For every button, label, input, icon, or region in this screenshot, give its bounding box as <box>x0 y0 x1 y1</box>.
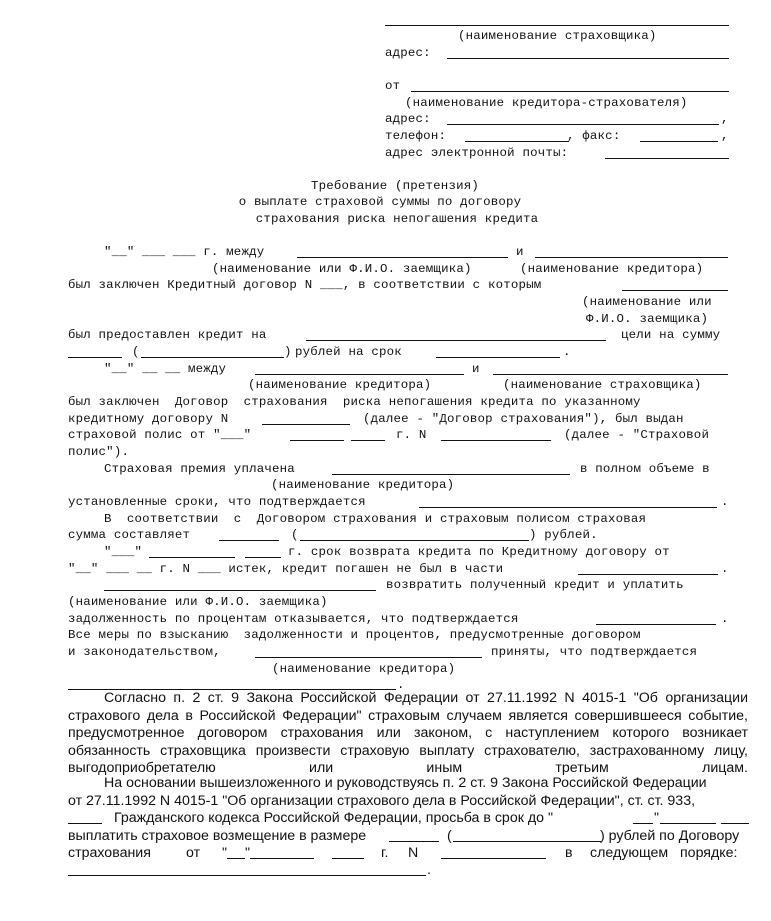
from-label: от <box>385 78 400 94</box>
creditor-field[interactable] <box>535 257 728 258</box>
fax-field[interactable] <box>640 141 718 142</box>
title-line-1: Требование (претензия) <box>0 178 771 194</box>
phone-label: телефон: <box>385 128 446 144</box>
contract-year-field[interactable] <box>332 858 364 859</box>
p4-sum: сумма составляет <box>68 527 190 543</box>
p6-line1: Все меры по взысканию задолженности и пр… <box>68 627 641 643</box>
creditor-address-label: адрес: <box>385 111 431 127</box>
creditor-field-3[interactable] <box>332 474 570 475</box>
refusal-proof-field[interactable] <box>596 624 716 625</box>
caption-creditor2: (наименование кредитора) <box>248 377 431 393</box>
p5-line3: возвратить полученный кредит и уплатить <box>386 577 684 593</box>
paren-open: ( <box>132 344 140 360</box>
creditor-insured-caption: (наименование кредитора-страхователя) <box>405 95 688 111</box>
p5-line1b: г. срок возврата кредита по Кредитному д… <box>288 544 670 560</box>
insurer-name-field[interactable] <box>385 25 729 26</box>
premium-proof-field[interactable] <box>419 507 717 508</box>
title-line-3: страхования риска непогашения кредита <box>0 211 771 227</box>
comma: , <box>721 111 729 127</box>
legal-p2-line1-text: На основании вышеизложенного и руководст… <box>104 775 707 791</box>
p2-line2a: кредитному договору N <box>68 411 228 427</box>
p1-credit-granted: был предоставлен кредит на <box>68 327 267 343</box>
p2-line3b: г. N <box>396 427 427 443</box>
borrower-field-2[interactable] <box>622 290 728 291</box>
caption-creditor: (наименование кредитора) <box>520 261 703 277</box>
insurance-contract-number-field[interactable] <box>262 424 350 425</box>
p2-line3a: страховой полис от "___" <box>68 427 251 443</box>
payment-order-field[interactable] <box>68 875 426 876</box>
caption-insurer2: (наименование страховщика) <box>503 377 702 393</box>
legal-p2-line5f: следующем <box>590 845 668 861</box>
fax-label: , факс: <box>567 128 620 144</box>
legal-p2-line4a: выплатить страховое возмещение в размере <box>68 828 366 844</box>
p1-and: и <box>516 244 524 260</box>
sum-words-field[interactable] <box>141 357 284 358</box>
legal-p2-line5g: порядке: <box>680 845 737 861</box>
purpose-field[interactable] <box>306 340 606 341</box>
paren-close: ) <box>284 344 292 360</box>
p1-rubles-term: рублей на срок <box>295 344 402 360</box>
caption-borrower-wrap1: (наименование или <box>582 294 712 310</box>
legal-p2-line5c: г. <box>381 845 388 861</box>
p4-rubles: ) рублей. <box>529 527 598 543</box>
borrower-field[interactable] <box>297 257 508 258</box>
caption-creditor5: (наименование кредитора) <box>272 661 455 677</box>
insured-sum-field[interactable] <box>219 540 279 541</box>
title-line-2: о выплате страховой суммы по договору <box>0 194 760 210</box>
insurer-field-2[interactable] <box>493 374 728 375</box>
payout-sum-words-field[interactable] <box>453 841 601 842</box>
p3-confirmed: установленные сроки, что подтверждается <box>68 494 366 510</box>
insurer-address-field[interactable] <box>447 58 729 59</box>
p6-line2a: и законодательством, <box>68 644 221 660</box>
creditor-name-field[interactable] <box>411 91 729 92</box>
due-month-field[interactable] <box>149 557 235 558</box>
email-field[interactable] <box>605 158 729 159</box>
unpaid-part-field[interactable] <box>578 574 718 575</box>
term-field[interactable] <box>436 357 560 358</box>
payout-sum-field[interactable] <box>389 841 439 842</box>
contract-day-field[interactable] <box>227 858 245 859</box>
deadline-month-field[interactable] <box>660 823 716 824</box>
creditor-address-field[interactable] <box>447 124 719 125</box>
legal-paragraph-1: Согласно п. 2 ст. 9 Закона Российской Фе… <box>68 690 748 778</box>
quote: " <box>654 810 659 826</box>
p2-line1: был заключен Договор страхования риска н… <box>68 394 641 410</box>
quote-date: "___" <box>104 544 142 560</box>
policy-year-field[interactable] <box>351 440 385 441</box>
paren-open: ( <box>291 527 299 543</box>
period: . <box>563 344 571 360</box>
p2-line2b: (далее - "Договор страхования"), был выд… <box>363 411 684 427</box>
p6-line2b: приняты, что подтверждается <box>491 644 697 660</box>
p1-date-between: "__" ___ ___ г. между <box>104 244 264 260</box>
policy-number-field[interactable] <box>441 440 551 441</box>
due-year-field[interactable] <box>245 557 281 558</box>
p1-concluded: был заключен Кредитный договор N ___, в … <box>68 277 541 293</box>
phone-field[interactable] <box>465 141 569 142</box>
insured-sum-words-field[interactable] <box>300 540 529 541</box>
p2-line3c: (далее - "Страховой <box>564 427 709 443</box>
insurer-address-label: адрес: <box>385 45 431 61</box>
email-label: адрес электронной почты: <box>385 145 568 161</box>
legal-p2-line4b-text: рублей по Договору <box>609 828 740 844</box>
caption-borrower4: (наименование или Ф.И.О. заемщика) <box>68 594 328 610</box>
caption-borrower: (наименование или Ф.И.О. заемщика) <box>212 261 472 277</box>
period: . <box>721 494 729 510</box>
legal-p2-line5a: страхования <box>68 845 151 861</box>
deadline-day-field[interactable] <box>633 823 653 824</box>
sum-field[interactable] <box>68 357 122 358</box>
p3-full: в полном объеме в <box>580 461 710 477</box>
legal-p2-line2: от 27.11.1992 N 4015-1 "Об организации с… <box>68 793 695 809</box>
period: . <box>721 561 729 577</box>
contract-month-field[interactable] <box>250 858 314 859</box>
legal-p2-line4b: ) рублей по Договору <box>600 828 739 844</box>
p2-and: и <box>472 361 480 377</box>
insurer-caption: (наименование страховщика) <box>458 28 657 44</box>
period: . <box>427 862 431 878</box>
p2-date-between: "__" __ __ между <box>104 361 226 377</box>
gk-article-field[interactable] <box>68 823 102 824</box>
legal-p2-line5b: от <box>186 845 200 861</box>
creditor-field-5[interactable] <box>255 657 482 658</box>
comma: , <box>721 128 729 144</box>
legal-paragraph-1-text: Согласно п. 2 ст. 9 Закона Российской Фе… <box>68 690 748 776</box>
p3-premium: Страховая премия уплачена <box>104 461 295 477</box>
policy-month-field[interactable] <box>290 440 344 441</box>
paren-open: ( <box>447 828 452 844</box>
legal-p2-line5e: в <box>565 845 573 861</box>
creditor-field-2[interactable] <box>255 374 464 375</box>
period: . <box>721 611 729 627</box>
deadline-year-field[interactable] <box>721 823 749 824</box>
legal-p2-line5d: N <box>408 845 418 861</box>
caption-borrower-wrap2: Ф.И.О. заемщика) <box>586 311 708 327</box>
p4-line1: В соответствии с Договором страхования и… <box>104 511 646 527</box>
borrower-field-4[interactable] <box>104 590 376 591</box>
p5-line2a: "__" ___ __ г. N ___ истек, кредит погаш… <box>68 561 503 577</box>
contract-number-field[interactable] <box>441 858 546 859</box>
p1-purpose-sum: цели на сумму <box>621 327 720 343</box>
p5-line4: задолженность по процентам отказывается,… <box>68 611 519 627</box>
legal-p2-line3a: Гражданского кодекса Российской Федераци… <box>114 810 553 826</box>
caption-creditor3: (наименование кредитора) <box>271 477 454 493</box>
p2-line4: полис"). <box>68 444 129 460</box>
